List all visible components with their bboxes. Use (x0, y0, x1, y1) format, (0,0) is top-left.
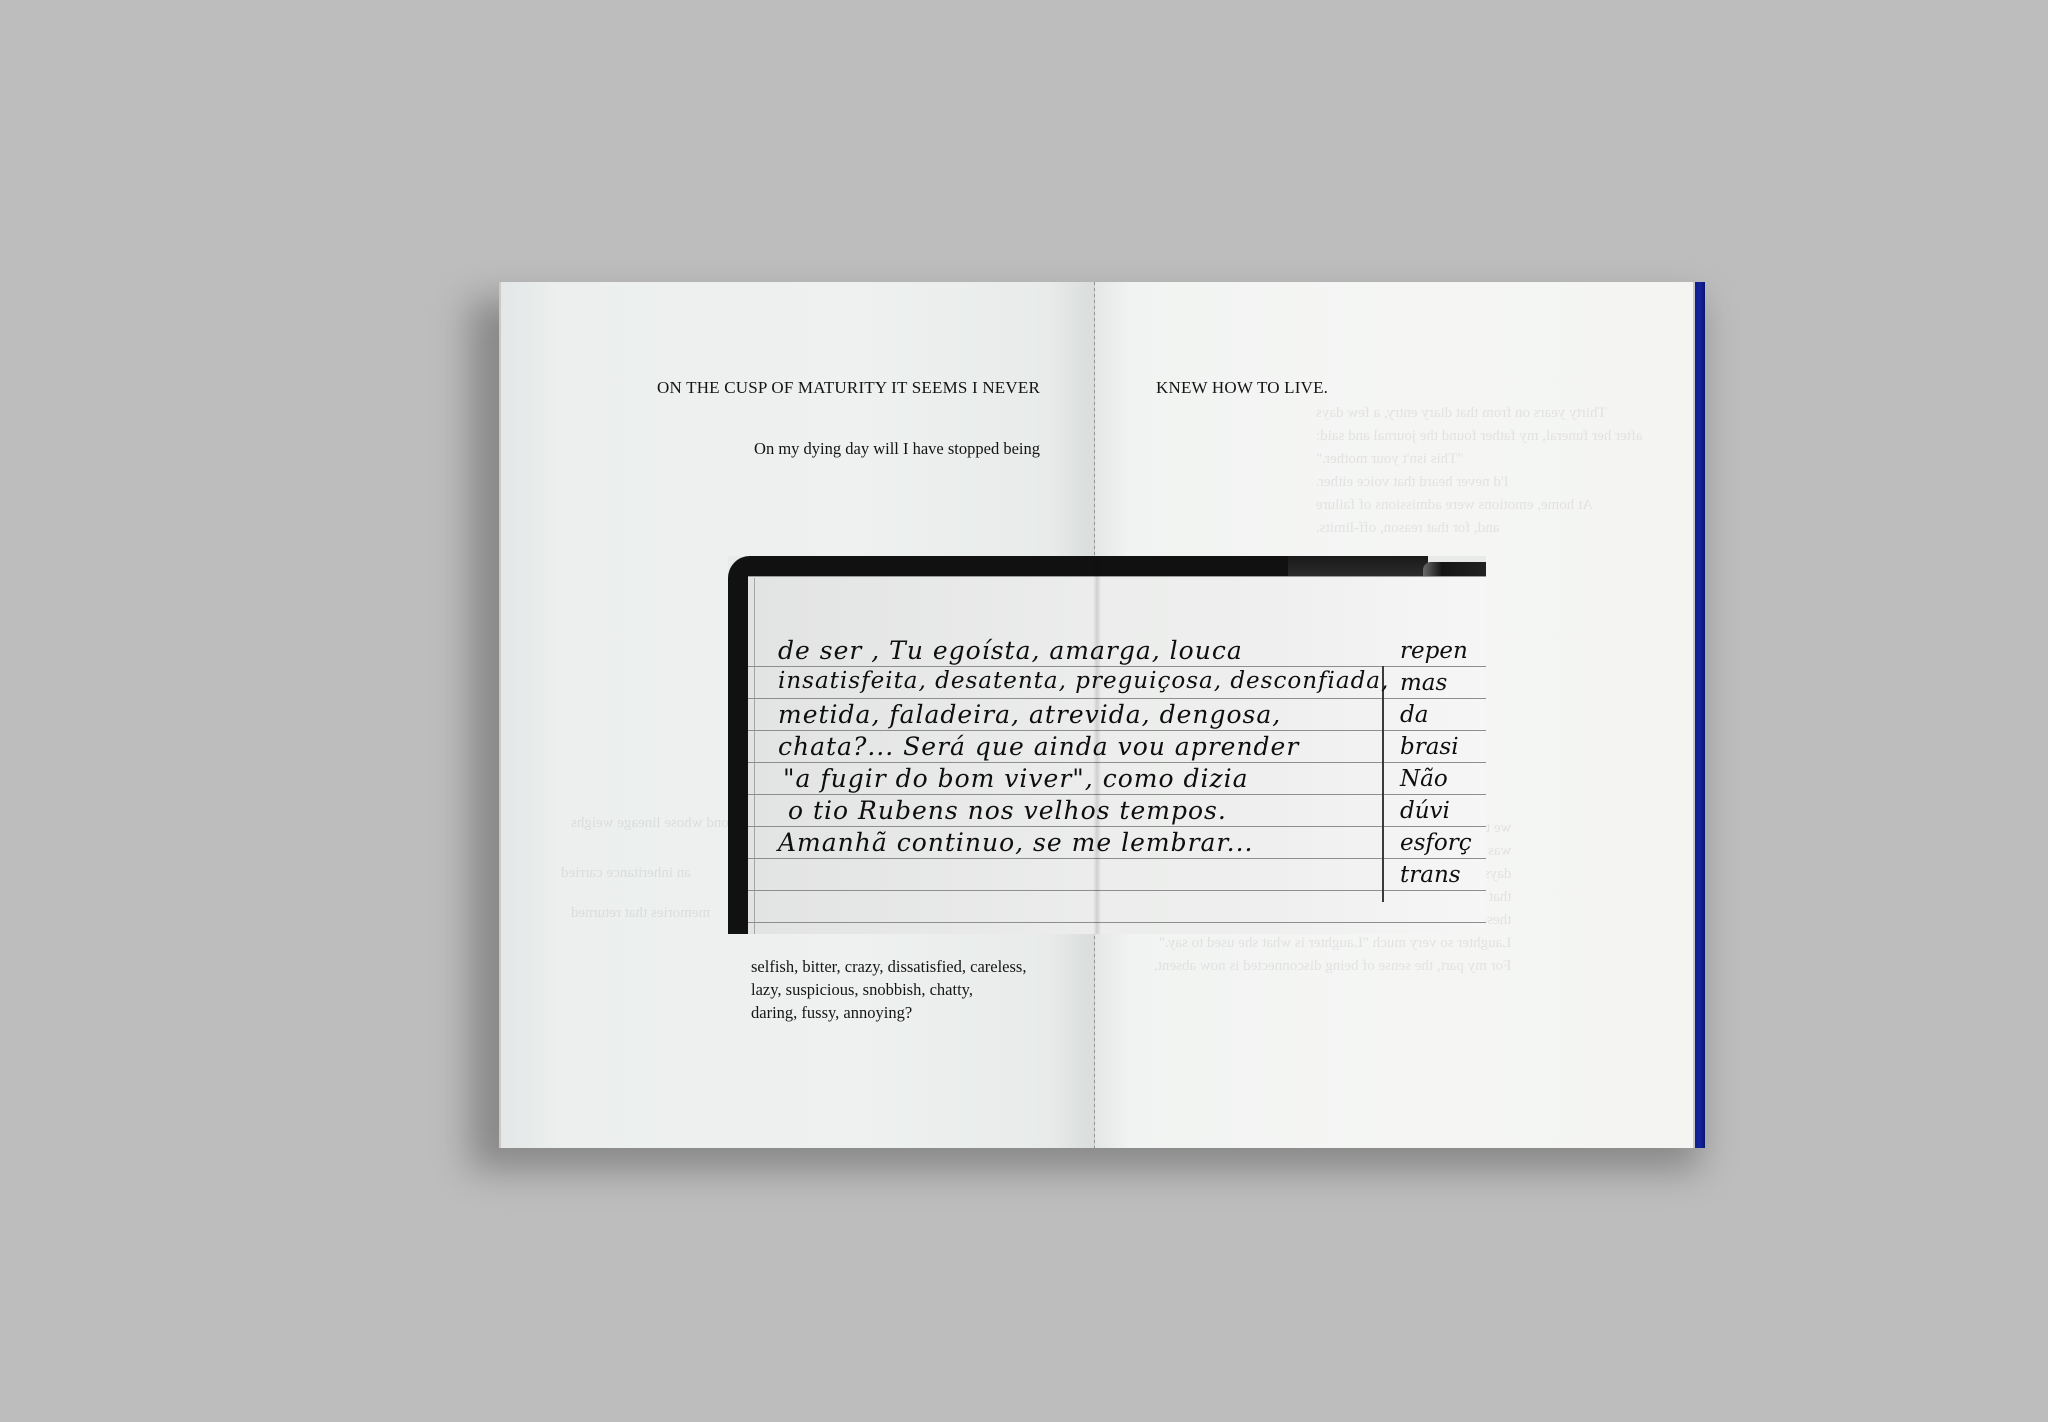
show-through-text: memories that returned (571, 902, 710, 925)
journal-photograph: de ser , Tu egoísta, amarga, louca insat… (728, 556, 1486, 934)
show-through-text: Thirty years on from that diary entry, a… (1316, 402, 1643, 540)
poem-line: daring, fussy, annoying? (751, 1001, 1026, 1024)
page-subheading: On my dying day will I have stopped bein… (754, 439, 1040, 459)
ruled-line (748, 922, 1486, 923)
ruled-line (748, 826, 1486, 827)
paper-margin-line (754, 578, 755, 934)
ruled-line (748, 762, 1486, 763)
page-heading-left: ON THE CUSP OF MATURITY IT SEEMS I NEVER (657, 378, 1040, 398)
margin-fragment: mas (1400, 670, 1447, 696)
ruled-line (748, 794, 1486, 795)
margin-fragment: dúvi (1400, 798, 1450, 824)
page-heading-right: KNEW HOW TO LIVE. (1156, 378, 1328, 398)
handwritten-line: "a fugir do bom viver", como dizia (783, 764, 1249, 793)
poem-line: selfish, bitter, crazy, dissatisfied, ca… (751, 955, 1026, 978)
show-through-line: and, for that reason, off-limits. (1316, 517, 1643, 540)
handwritten-line: insatisfeita, desatenta, preguiçosa, des… (778, 668, 1389, 694)
open-book-spread: Beyond whose lineage weighs an inheritan… (499, 282, 1705, 1148)
ruled-line (748, 666, 1486, 667)
show-through-line: At home, emotions were admissions of fai… (1316, 494, 1643, 517)
margin-fragment: brasi (1400, 734, 1459, 760)
ruled-line (748, 698, 1486, 699)
notebook-page-divider (1382, 666, 1384, 902)
handwritten-line: chata?... Será que ainda vou aprender (778, 732, 1299, 761)
ruled-line (748, 890, 1486, 891)
show-through-line: "This isn't your mother." (1316, 448, 1643, 471)
margin-fragment: repen (1400, 638, 1468, 664)
margin-fragment: esforç (1400, 830, 1472, 856)
poem-body: selfish, bitter, crazy, dissatisfied, ca… (751, 955, 1026, 1024)
handwritten-line: de ser , Tu egoísta, amarga, louca (778, 636, 1243, 665)
show-through-text: an inheritance carried (561, 862, 691, 885)
show-through-line: after her funeral, my father found the j… (1316, 425, 1643, 448)
margin-fragment: trans (1400, 862, 1461, 888)
handwritten-line: metida, faladeira, atrevida, dengosa, (778, 700, 1281, 729)
show-through-line: Thirty years on from that diary entry, a… (1316, 402, 1643, 425)
ruled-line (748, 858, 1486, 859)
margin-fragment: Não (1400, 766, 1448, 792)
ruled-line (748, 730, 1486, 731)
handwritten-line: Amanhã continuo, se me lembrar... (778, 828, 1253, 857)
handwritten-line: o tio Rubens nos velhos tempos. (788, 796, 1227, 825)
notebook-frame-top (1288, 556, 1428, 576)
cover-edge (1693, 282, 1705, 1148)
show-through-line: I'd never heard that voice either. (1316, 471, 1643, 494)
show-through-text: Beyond whose lineage weighs (571, 812, 753, 835)
poem-line: lazy, suspicious, snobbish, chatty, (751, 978, 1026, 1001)
margin-fragment: da (1400, 702, 1428, 728)
